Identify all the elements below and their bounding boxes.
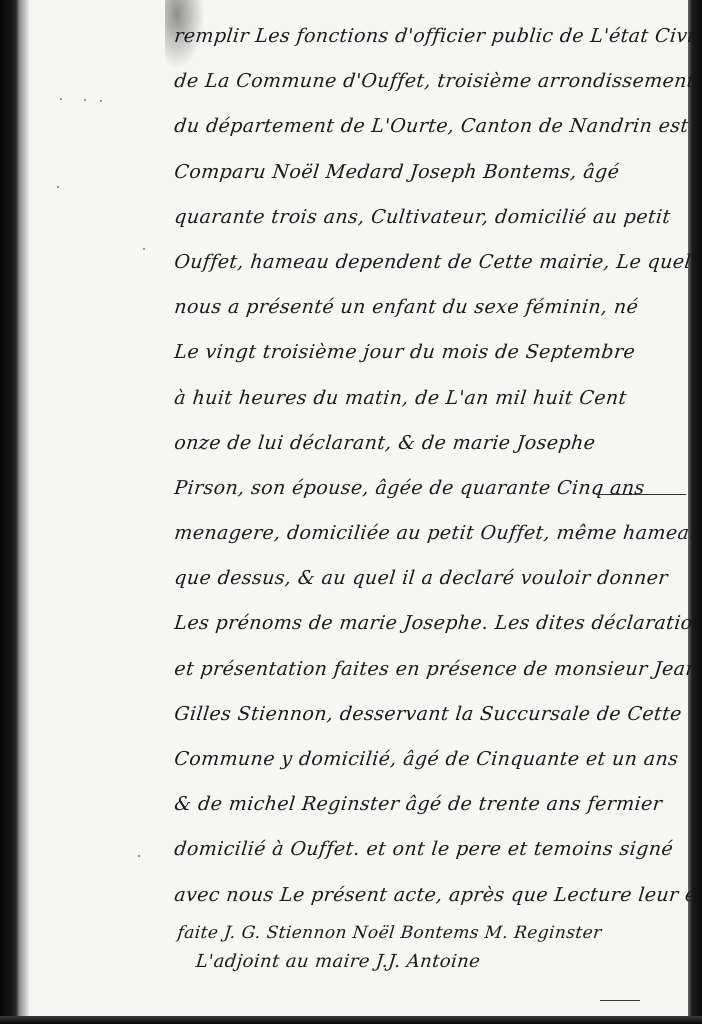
paper-speck <box>57 186 59 188</box>
text-line: remplir Les fonctions d'officier public … <box>172 14 697 59</box>
text-line: que dessus, & au quel il a declaré voulo… <box>172 556 697 601</box>
line-filler-stroke <box>596 494 686 495</box>
text-line: quarante trois ans, Cultivateur, domicil… <box>172 195 697 240</box>
text-line: Ouffet, hameau dependent de Cette mairie… <box>172 240 697 285</box>
signature-flourish <box>600 1000 640 1001</box>
text-line: nous a présenté un enfant du sexe fémini… <box>172 285 697 330</box>
scanned-document-page: remplir Les fonctions d'officier public … <box>0 0 702 1024</box>
text-line: onze de lui déclarant, & de marie Joseph… <box>172 421 697 466</box>
paper-speck <box>100 100 102 102</box>
left-binding-shadow <box>0 0 20 1024</box>
signatures-line: faite J. G. Stiennon Noël Bontems M. Reg… <box>172 918 695 948</box>
text-line: du département de L'Ourte, Canton de Nan… <box>172 104 697 149</box>
paper-speck <box>138 855 140 857</box>
text-line: à huit heures du matin, de L'an mil huit… <box>172 376 697 421</box>
text-line: de La Commune d'Ouffet, troisième arrond… <box>172 59 697 104</box>
text-line: domicilié à Ouffet. et ont le pere et te… <box>172 827 697 872</box>
text-line: Pirson, son épouse, âgée de quarante Cin… <box>172 466 697 511</box>
text-line: Les prénoms de marie Josephe. Les dites … <box>172 601 697 646</box>
paper-speck <box>143 248 145 250</box>
bottom-page-edge <box>0 1016 702 1024</box>
left-gutter-shade <box>20 0 30 1024</box>
paper-speck <box>60 98 62 100</box>
text-line: Commune y domicilié, âgé de Cinquante et… <box>172 737 697 782</box>
paper-speck <box>84 99 86 101</box>
text-line: Comparu Noël Medard Joseph Bontems, âgé <box>172 150 697 195</box>
record-text: remplir Les fonctions d'officier public … <box>172 14 692 980</box>
text-line: et présentation faites en présence de mo… <box>172 647 697 692</box>
text-line: Gilles Stiennon, desservant la Succursal… <box>172 692 697 737</box>
text-line: Le vingt troisième jour du mois de Septe… <box>172 330 697 375</box>
text-line: menagere, domiciliée au petit Ouffet, mê… <box>172 511 697 556</box>
adjoint-signature-line: L'adjoint au maire J.J. Antoine <box>172 948 695 980</box>
text-line: & de michel Reginster âgé de trente ans … <box>172 782 697 827</box>
text-line: avec nous Le présent acte, après que Lec… <box>172 873 697 918</box>
